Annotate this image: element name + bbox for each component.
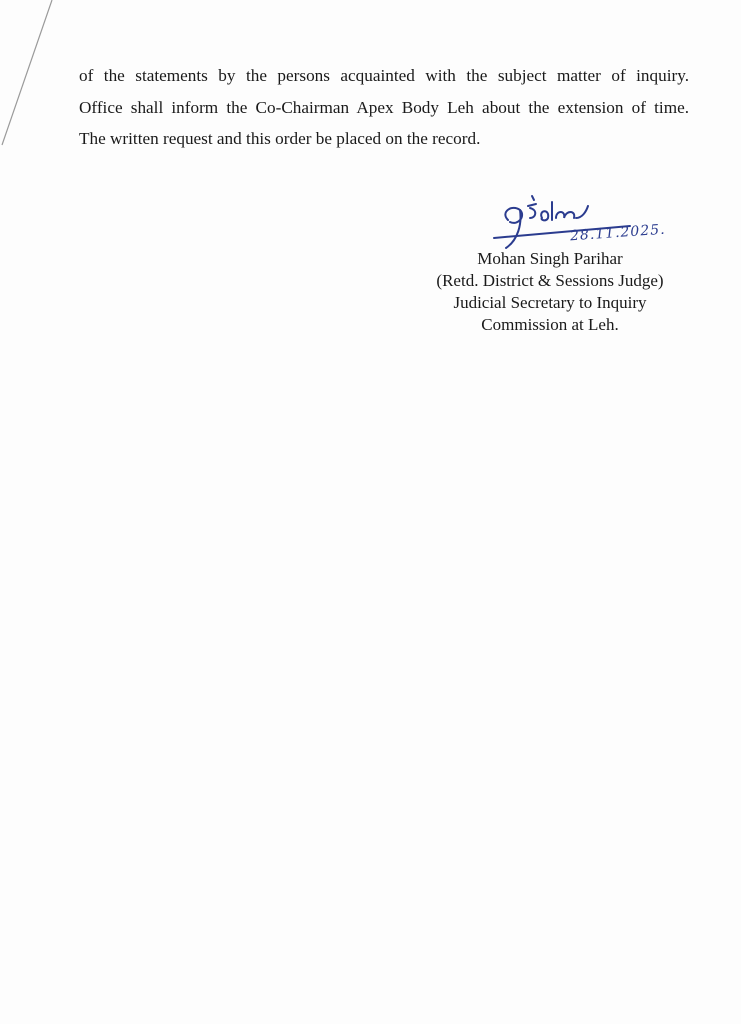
order-body-text: of the statements by the persons acquain… <box>79 60 689 155</box>
signatory-role: Judicial Secretary to Inquiry <box>400 292 700 314</box>
signatory-designation: (Retd. District & Sessions Judge) <box>400 270 700 292</box>
body-line: The written request and this order be pl… <box>79 123 689 155</box>
signatory-office: Commission at Leh. <box>400 314 700 336</box>
signature-block: 28.11.2025. Mohan Singh Parihar (Retd. D… <box>400 192 700 342</box>
body-line: of the statements by the persons acquain… <box>79 60 689 92</box>
signatory-details: Mohan Singh Parihar (Retd. District & Se… <box>400 248 700 336</box>
signatory-name: Mohan Singh Parihar <box>400 248 700 270</box>
page-fold-line <box>0 0 60 150</box>
body-line: Office shall inform the Co-Chairman Apex… <box>79 92 689 124</box>
